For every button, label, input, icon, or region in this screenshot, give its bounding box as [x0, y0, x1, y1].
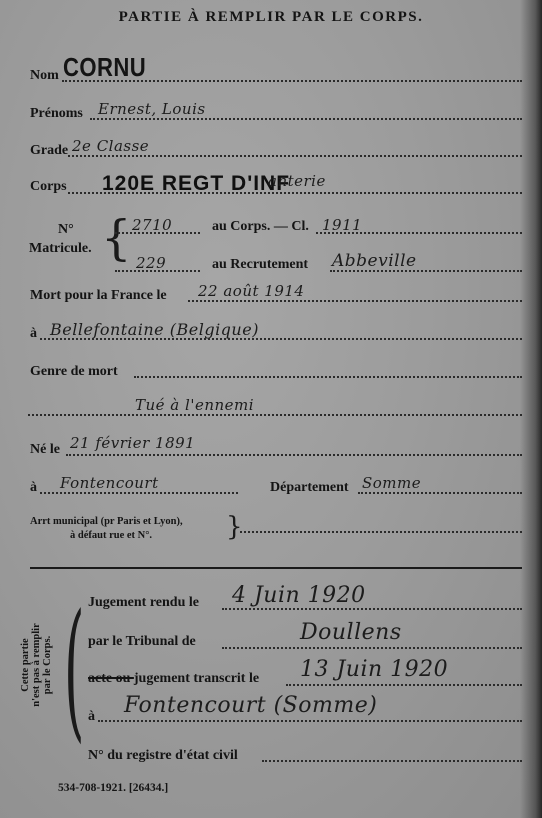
grade-value: 2e Classe — [72, 137, 149, 155]
registre-label: N° du registre d'état civil — [88, 748, 238, 764]
form-title: PARTIE À REMPLIR PAR LE CORPS. — [0, 9, 542, 26]
jugement-rendu-date: 4 Juin 1920 — [232, 583, 366, 608]
prenoms-label: Prénoms — [30, 106, 83, 122]
genre-value: Tué à l'ennemi — [135, 396, 254, 414]
departement-value: Somme — [362, 474, 421, 492]
mort-label: Mort pour la France le — [30, 288, 167, 304]
jugement-a-lieu: Fontencourt (Somme) — [124, 693, 377, 718]
matricule-brace: { — [101, 212, 132, 264]
jugement-rendu-line — [222, 608, 522, 610]
mort-a-label: à — [30, 326, 37, 342]
matricule-label: Matricule. — [29, 241, 92, 257]
mort-date: 22 août 1914 — [198, 282, 304, 300]
side-note-line-3: par le Corps. — [42, 590, 53, 740]
arrondissement-brace: } — [226, 510, 243, 544]
jugement-a-label: à — [88, 709, 95, 725]
naissance-date: 21 février 1891 — [70, 434, 195, 452]
genre-line-2 — [28, 414, 522, 416]
naissance-a-label: à — [30, 480, 37, 496]
naissance-lieu: Fontencourt — [60, 474, 159, 492]
grade-label: Grade — [30, 143, 68, 159]
arrondissement-line — [240, 531, 522, 533]
naissance-label: Né le — [30, 442, 60, 458]
transcrit-label-text: jugement transcrit le — [134, 671, 259, 686]
arrondissement-label-2: à défaut rue et N°. — [70, 529, 152, 542]
jugement-brace: ( — [64, 585, 84, 755]
tribunal-line — [222, 647, 522, 649]
genre-label: Genre de mort — [30, 364, 118, 380]
print-code: 534-708-1921. [26434.] — [58, 782, 168, 794]
matricule-label-no: N° — [58, 222, 74, 238]
tribunal-label: par le Tribunal de — [88, 634, 196, 650]
jugement-a-line — [98, 720, 522, 722]
naissance-date-line — [66, 454, 522, 456]
mort-lieu-line — [40, 338, 522, 340]
matricule-corps-number: 2710 — [132, 216, 172, 234]
naissance-lieu-line — [40, 492, 238, 494]
scan-edge-shadow — [520, 0, 542, 818]
corps-line — [68, 192, 522, 194]
tribunal-value: Doullens — [300, 620, 402, 645]
matricule-corps-suffix: au Corps. — Cl. — [212, 219, 309, 235]
matricule-recrutement-number: 229 — [136, 254, 166, 272]
arrondissement-label-1: Arrt municipal (pr Paris et Lyon), — [30, 515, 183, 528]
matricule-classe-line — [316, 232, 522, 234]
prenoms-value: Ernest, Louis — [98, 100, 206, 118]
matricule-recrutement-value-line — [330, 270, 522, 272]
section-separator — [30, 567, 522, 569]
death-record-card: PARTIE À REMPLIR PAR LE CORPS. Nom CORNU… — [0, 0, 542, 818]
departement-label: Département — [270, 480, 349, 496]
mort-date-line — [188, 300, 522, 302]
matricule-recrutement-label: au Recrutement — [212, 257, 308, 273]
side-note-line-2: n'est pas à remplir — [31, 590, 42, 740]
mort-lieu: Bellefontaine (Belgique) — [50, 320, 259, 339]
jugement-rendu-label: Jugement rendu le — [88, 595, 199, 611]
corps-value: anterie — [268, 172, 326, 190]
transcrit-date: 13 Juin 1920 — [300, 657, 448, 682]
prenoms-line — [90, 118, 522, 120]
transcrit-label: acte ou jugement transcrit le — [88, 671, 259, 687]
transcrit-struck-text: acte ou — [88, 671, 134, 686]
matricule-recrutement-value: Abbeville — [332, 251, 417, 271]
genre-line-1 — [134, 376, 522, 378]
transcrit-line — [286, 684, 522, 686]
nom-label: Nom — [30, 68, 59, 84]
side-note-line-1: Cette partie — [20, 590, 31, 740]
nom-line — [62, 80, 522, 82]
registre-line — [262, 760, 522, 762]
grade-line — [68, 155, 522, 157]
nom-value: CORNU — [63, 52, 146, 83]
departement-line — [358, 492, 522, 494]
corps-label: Corps — [30, 179, 67, 195]
